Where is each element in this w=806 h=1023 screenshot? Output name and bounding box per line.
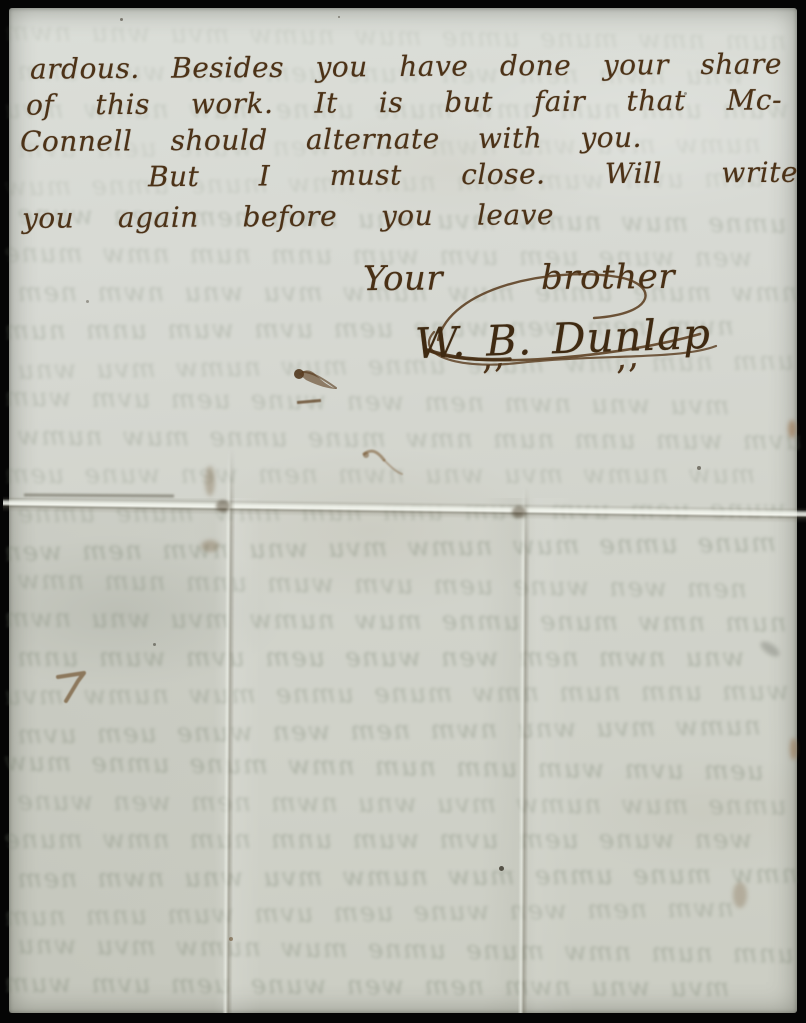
letter-line-4: But I must close. Will write	[148, 156, 798, 194]
letter-page: num nmw mune umne muw numw mvu wnu nwmwn…	[9, 8, 797, 1013]
letter-line-1: ardous. Besides you have done your share	[30, 47, 782, 86]
letter-text: ardous. Besides you have done your share…	[9, 8, 797, 1013]
letter-line-3: Connell should alternate with you.	[20, 121, 642, 159]
ditto-mark-right: ,,	[614, 343, 642, 376]
signature: W. B. Dunlap	[414, 309, 712, 370]
letter-scan: num nmw mune umne muw numw mvu wnu nwmwn…	[0, 0, 806, 1023]
letter-line-5: you again before you leave	[22, 198, 554, 235]
ditto-mark-left: ,,	[480, 343, 508, 376]
letter-line-2: of this work. It is but fair that Mc-	[26, 83, 782, 122]
